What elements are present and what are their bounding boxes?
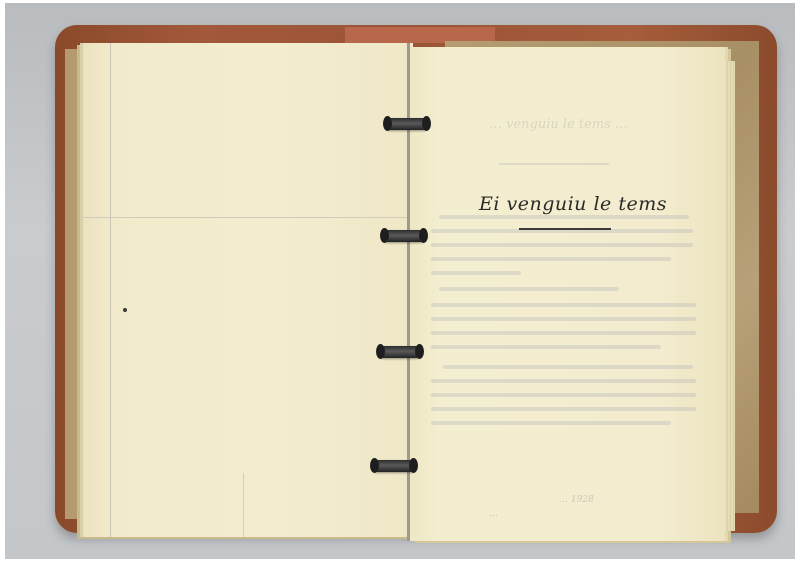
bleed-through-line: [431, 345, 661, 349]
bleed-through-heading: … venguiu le tems …: [489, 117, 628, 132]
bleed-through-line: [431, 303, 696, 307]
right-page: … venguiu le tems … … 1928 …: [409, 47, 725, 541]
pencil-margin-line: [110, 43, 111, 537]
pencil-rule-line: [83, 217, 413, 218]
ink-spot: [123, 308, 127, 312]
binder-ring: [372, 460, 416, 472]
bleed-through-line: [443, 365, 693, 369]
bleed-through-place: …: [489, 509, 498, 519]
binder-ring: [382, 230, 426, 242]
page-edge-stack: [725, 61, 735, 531]
binder-ring: [385, 118, 429, 130]
bleed-through-line: [431, 407, 696, 411]
bleed-through-date: … 1928: [559, 495, 594, 505]
pencil-margin-line-lower: [243, 473, 244, 537]
binder-ring: [378, 346, 422, 358]
bleed-through-line: [431, 421, 671, 425]
bleed-through-line: [431, 331, 696, 335]
bleed-through-line: [431, 393, 696, 397]
bleed-through-rule: [499, 163, 609, 165]
photo-frame: … venguiu le tems … … 1928 … Ei venguiu …: [5, 3, 795, 559]
bleed-through-line: [431, 317, 696, 321]
bleed-through-line: [439, 287, 619, 291]
handwritten-title: Ei venguiu le tems: [479, 193, 667, 215]
bleed-through-line: [431, 379, 696, 383]
title-underline: [519, 228, 611, 230]
bleed-through-line: [431, 271, 521, 275]
bleed-through-line: [431, 257, 671, 261]
bleed-through-line: [431, 243, 693, 247]
bleed-through-line: [439, 215, 689, 219]
left-page: [83, 43, 413, 537]
